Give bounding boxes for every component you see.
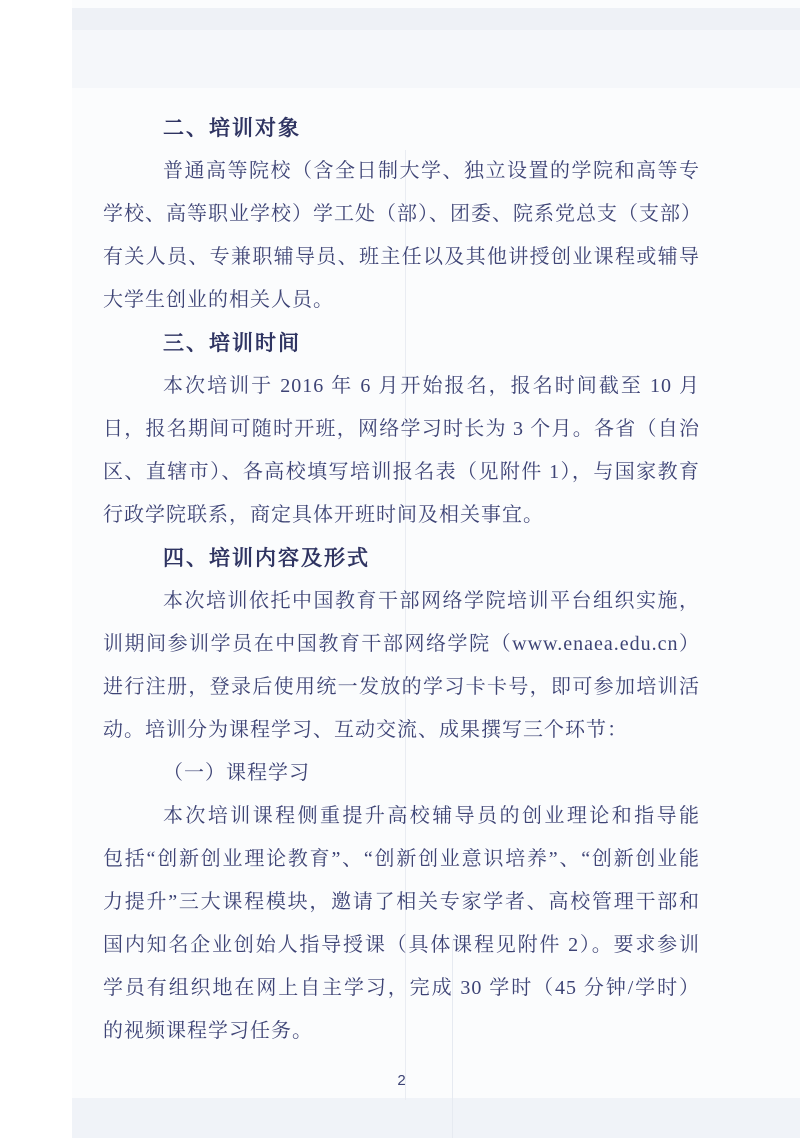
scan-artifact-top-strip bbox=[72, 8, 800, 30]
section-heading: 三、培训时间 bbox=[103, 322, 700, 365]
page-number: 2 bbox=[103, 1072, 700, 1089]
scan-artifact-bottom-band bbox=[72, 1098, 800, 1138]
section-heading: 二、培训对象 bbox=[103, 107, 700, 150]
text-line: 普通高等院校（含全日制大学、独立设置的学院和高等专科 bbox=[103, 150, 700, 193]
document-page: 二、培训对象普通高等院校（含全日制大学、独立设置的学院和高等专科学校、高等职业学… bbox=[0, 0, 800, 1138]
text-line: 日，报名期间可随时开班，网络学习时长为 3 个月。各省（自治 bbox=[103, 408, 700, 451]
text-line: 学员有组织地在网上自主学习，完成 30 学时（45 分钟/学时） bbox=[103, 967, 700, 1010]
section-heading: 四、培训内容及形式 bbox=[103, 537, 700, 580]
text-line: 大学生创业的相关人员。 bbox=[103, 279, 700, 322]
text-line: 区、直辖市）、各高校填写培训报名表（见附件 1），与国家教育 bbox=[103, 451, 700, 494]
text-line: 力提升”三大课程模块，邀请了相关专家学者、高校管理干部和 bbox=[103, 881, 700, 924]
text-line: 本次培训于 2016 年 6 月开始报名，报名时间截至 10 月 31 bbox=[103, 365, 700, 408]
text-line: 学校、高等职业学校）学工处（部）、团委、院系党总支（支部） bbox=[103, 193, 700, 236]
text-line: 国内知名企业创始人指导授课（具体课程见附件 2）。要求参训 bbox=[103, 924, 700, 967]
text-line: 训期间参训学员在中国教育干部网络学院（www.enaea.edu.cn） bbox=[103, 623, 700, 666]
text-line: 的视频课程学习任务。 bbox=[103, 1010, 700, 1053]
text-line: 进行注册，登录后使用统一发放的学习卡卡号，即可参加培训活 bbox=[103, 666, 700, 709]
scan-left-margin bbox=[0, 0, 72, 1138]
text-line: 动。培训分为课程学习、互动交流、成果撰写三个环节： bbox=[103, 709, 700, 752]
text-line: 包括“创新创业理论教育”、“创新创业意识培养”、“创新创业能 bbox=[103, 838, 700, 881]
text-line: 行政学院联系，商定具体开班时间及相关事宜。 bbox=[103, 494, 700, 537]
text-line: 本次培训依托中国教育干部网络学院培训平台组织实施，培 bbox=[103, 580, 700, 623]
document-content: 二、培训对象普通高等院校（含全日制大学、独立设置的学院和高等专科学校、高等职业学… bbox=[103, 107, 700, 1053]
scan-artifact-top-band bbox=[72, 30, 800, 88]
text-line: 有关人员、专兼职辅导员、班主任以及其他讲授创业课程或辅导 bbox=[103, 236, 700, 279]
text-line: 本次培训课程侧重提升高校辅导员的创业理论和指导能力， bbox=[103, 795, 700, 838]
text-line: （一）课程学习 bbox=[103, 752, 700, 795]
